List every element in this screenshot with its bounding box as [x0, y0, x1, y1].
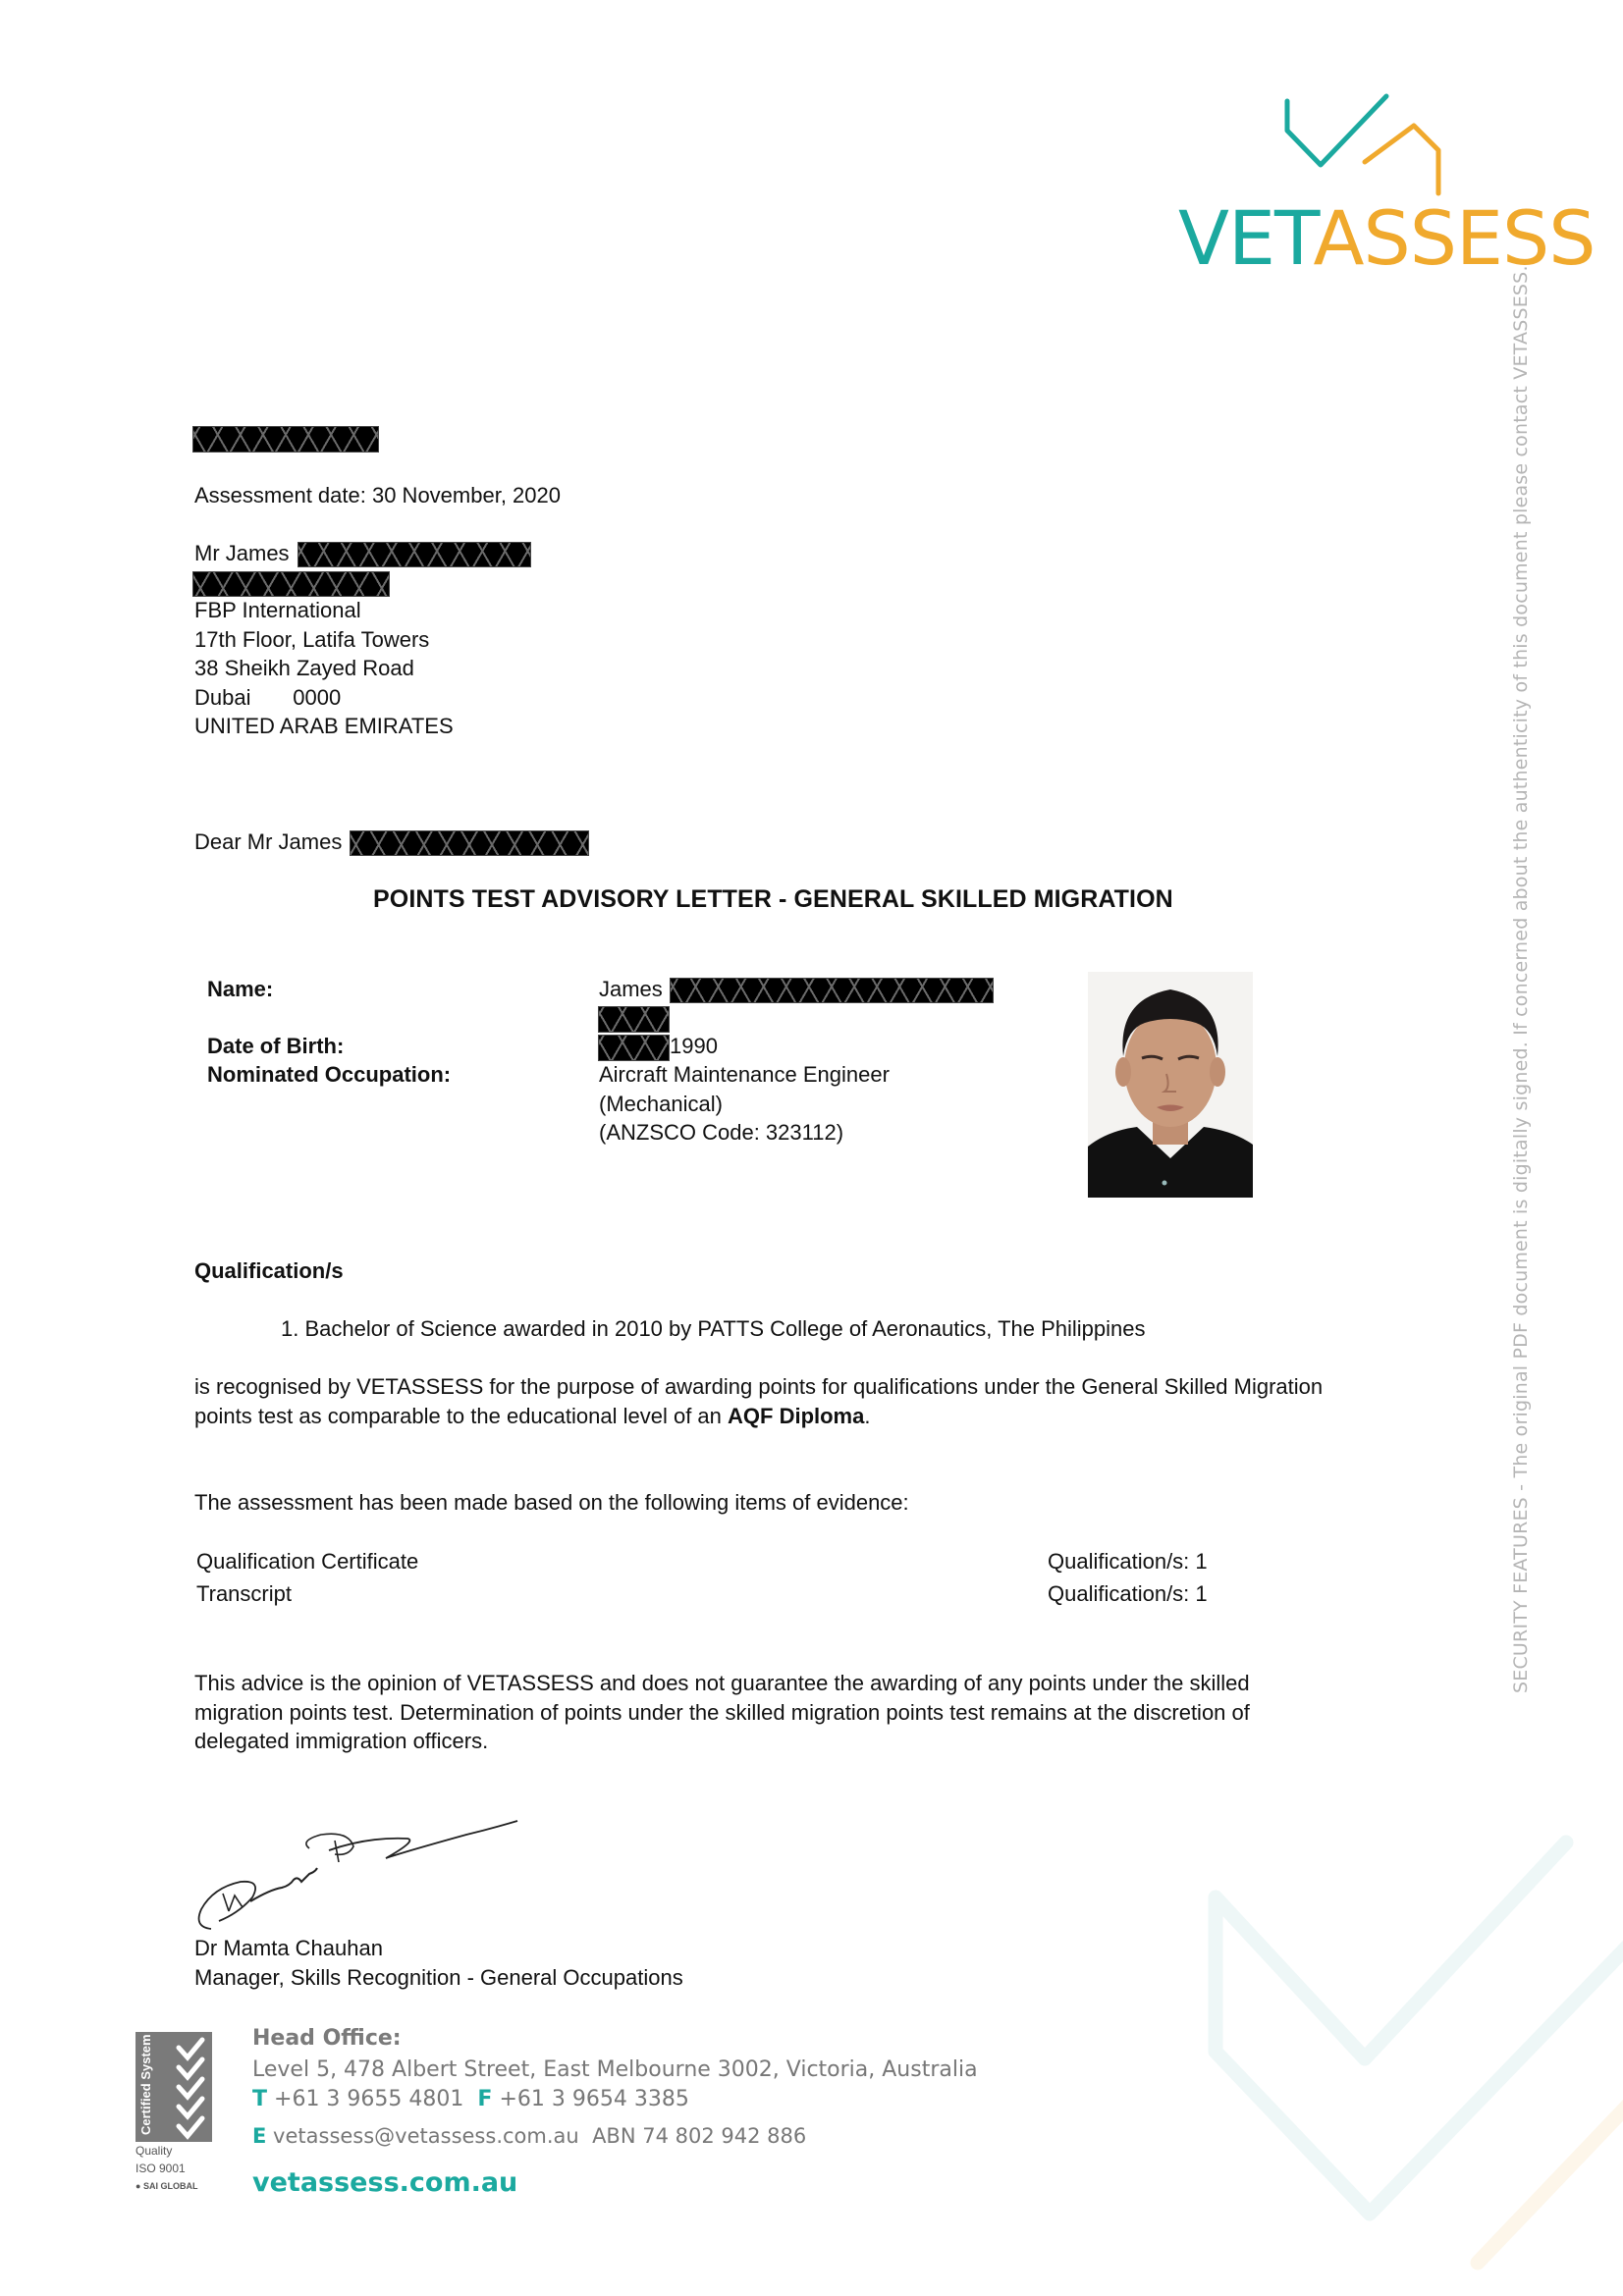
qualifications-heading: Qualification/s	[194, 1256, 344, 1286]
disclaimer-line: migration points test. Determination of …	[194, 1698, 1250, 1728]
reference-number	[192, 426, 379, 453]
qualification-item: 1. Bachelor of Science awarded in 2010 b…	[281, 1314, 1146, 1344]
check-icon	[171, 2034, 210, 2142]
abn: ABN 74 802 942 886	[592, 2124, 806, 2148]
greeting: Dear Mr James	[194, 828, 589, 857]
dob-year: 1990	[670, 1034, 718, 1058]
redaction-block	[350, 830, 589, 856]
website-link[interactable]: vetassess.com.au	[252, 2167, 517, 2198]
evidence-item-ref: Qualification/s: 1	[1048, 1579, 1208, 1609]
recognition-line: points test as comparable to the educati…	[194, 1402, 1323, 1431]
redaction-block	[298, 542, 531, 567]
sai-global-icon: ●	[135, 2181, 140, 2191]
address-line: Dubai 0000	[194, 683, 454, 713]
iso-line: Quality	[135, 2142, 214, 2160]
iso-checkmarks-icon: Certified System	[135, 2032, 212, 2142]
contact-phone-fax: T +61 3 9655 4801 F +61 3 9654 3385	[252, 2087, 689, 2111]
watermark-chevron-icon	[1139, 1826, 1623, 2296]
dob-value: 1990	[598, 1032, 718, 1061]
dob-label: Date of Birth:	[207, 1032, 344, 1061]
recipient-line-redacted	[192, 571, 390, 597]
occupation-line: (Mechanical)	[599, 1090, 890, 1119]
security-notice: SECURITY FEATURES - The original PDF doc…	[1510, 265, 1532, 1693]
evidence-item-name: Transcript	[196, 1579, 292, 1609]
evidence-item-name: Qualification Certificate	[196, 1547, 418, 1576]
person-photo-icon	[1088, 972, 1253, 1198]
iso-line: ISO 9001	[135, 2160, 214, 2177]
disclaimer-line: delegated immigration officers.	[194, 1727, 1250, 1756]
occupation-line: (ANZSCO Code: 323112)	[599, 1118, 890, 1148]
signatory-name: Dr Mamta Chauhan	[194, 1934, 683, 1963]
occupation-label: Nominated Occupation:	[207, 1060, 451, 1090]
iso-line: ● SAI GLOBAL	[135, 2177, 214, 2195]
recognition-text: points test as comparable to the educati…	[194, 1404, 728, 1428]
sai-global-text: SAI GLOBAL	[143, 2181, 198, 2191]
phone-number: +61 3 9655 4801	[274, 2087, 463, 2111]
logo-chevron-icon	[1173, 93, 1537, 201]
aqf-level: AQF Diploma	[728, 1404, 864, 1428]
logo-wordmark: VETASSESS	[1178, 199, 1596, 278]
redaction-block	[670, 978, 994, 1003]
disclaimer: This advice is the opinion of VETASSESS …	[194, 1669, 1250, 1756]
recognition-line: is recognised by VETASSESS for the purpo…	[194, 1372, 1323, 1402]
address-line: UNITED ARAB EMIRATES	[194, 712, 454, 741]
vetassess-logo: VETASSESS	[1173, 93, 1537, 280]
fax-number: +61 3 9654 3385	[499, 2087, 688, 2111]
disclaimer-line: This advice is the opinion of VETASSESS …	[194, 1669, 1250, 1698]
phone-icon: T	[252, 2087, 267, 2111]
name-value: James	[599, 975, 994, 1004]
head-office-label: Head Office:	[252, 2026, 402, 2051]
address-line: 38 Sheikh Zayed Road	[194, 654, 454, 683]
address-line: 17th Floor, Latifa Towers	[194, 625, 454, 655]
recipient-name: Mr James	[194, 539, 531, 568]
head-office-address: Level 5, 478 Albert Street, East Melbour…	[252, 2057, 978, 2082]
evidence-intro: The assessment has been made based on th…	[194, 1488, 909, 1518]
assessment-date: Assessment date: 30 November, 2020	[194, 481, 561, 510]
logo-word-assess: ASSESS	[1314, 194, 1596, 282]
contact-email-abn: E vetassess@vetassess.com.au ABN 74 802 …	[252, 2124, 806, 2148]
redaction-block	[192, 426, 379, 453]
iso-badge: Certified System Quality ISO 9001 ● SAI …	[135, 2032, 214, 2195]
occupation-line: Aircraft Maintenance Engineer	[599, 1060, 890, 1090]
evidence-item-ref: Qualification/s: 1	[1048, 1547, 1208, 1576]
fax-icon: F	[477, 2087, 492, 2111]
signatory: Dr Mamta Chauhan Manager, Skills Recogni…	[194, 1934, 683, 1992]
signature-icon	[191, 1811, 525, 1939]
name-label: Name:	[207, 975, 273, 1004]
email-link[interactable]: vetassess@vetassess.com.au	[273, 2124, 579, 2148]
address-line: FBP International	[194, 596, 454, 625]
recognition-statement: is recognised by VETASSESS for the purpo…	[194, 1372, 1323, 1430]
email-icon: E	[252, 2124, 266, 2148]
greeting-text: Dear Mr James	[194, 829, 342, 854]
redaction-block	[598, 1006, 670, 1033]
name-value-text: James	[599, 977, 663, 1001]
name-line-redacted	[598, 1006, 670, 1033]
redaction-block	[598, 1035, 670, 1061]
signatory-position: Manager, Skills Recognition - General Oc…	[194, 1963, 683, 1993]
recognition-text: .	[864, 1404, 870, 1428]
iso-vertical-text: Certified System	[138, 2034, 139, 2135]
applicant-photo	[1088, 972, 1253, 1198]
redaction-block	[192, 571, 390, 597]
recipient-name-text: Mr James	[194, 541, 290, 565]
occupation-value: Aircraft Maintenance Engineer (Mechanica…	[599, 1060, 890, 1148]
logo-word-vet: VET	[1178, 194, 1314, 282]
recipient-address: FBP International 17th Floor, Latifa Tow…	[194, 596, 454, 741]
letter-title: POINTS TEST ADVISORY LETTER - GENERAL SK…	[373, 885, 1173, 914]
